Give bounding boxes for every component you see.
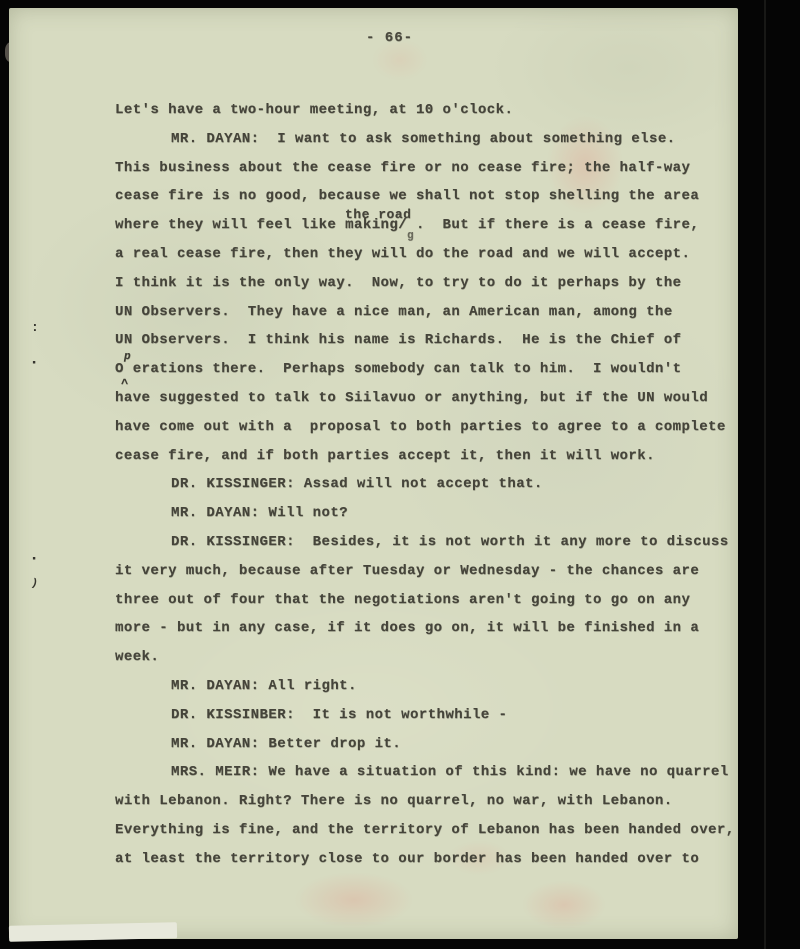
- transcript-line: a real cease fire, then they will do the…: [115, 240, 755, 269]
- page-number: - 66-: [366, 30, 413, 46]
- transcript-line: UN Observers. I think his name is Richar…: [115, 326, 755, 355]
- struck-out-char: g: [407, 230, 414, 242]
- transcript-line: cease fire is no good, because we shall …: [115, 182, 755, 211]
- document-page: - 66- Let's have a two-hour meeting, at …: [9, 8, 738, 939]
- transcript-line: have suggested to talk to Siilavuo or an…: [115, 384, 755, 413]
- transcript-line: more - but in any case, if it does go on…: [115, 614, 755, 643]
- inserted-letter: p: [124, 351, 131, 363]
- transcript-line: week.: [115, 643, 755, 672]
- margin-mark: ·: [29, 354, 39, 373]
- transcript-line: This business about the cease fire or no…: [115, 154, 755, 183]
- transcript-line: with Lebanon. Right? There is no quarrel…: [115, 787, 755, 816]
- scanner-artifact-line: [764, 0, 766, 949]
- transcript-line: DR. KISSINBER: It is not worthwhile -: [115, 701, 755, 730]
- transcript-line: cease fire, and if both parties accept i…: [115, 442, 755, 471]
- margin-mark: ): [30, 577, 39, 590]
- transcript-line: DR. KISSINGER: Assad will not accept tha…: [115, 470, 755, 499]
- caret-mark: ^: [121, 377, 128, 391]
- margin-mark: :: [31, 320, 39, 335]
- transcript-line: MR. DAYAN: Will not?: [115, 499, 755, 528]
- paper-edge-sliver: [9, 922, 177, 942]
- transcript-line: Let's have a two-hour meeting, at 10 o'c…: [115, 96, 755, 125]
- transcript-line: O erations there. Perhaps somebody can t…: [115, 355, 755, 384]
- transcript-line: UN Observers. They have a nice man, an A…: [115, 298, 755, 327]
- transcript-line: it very much, because after Tuesday or W…: [115, 557, 755, 586]
- transcript-line: MR. DAYAN: All right.: [115, 672, 755, 701]
- transcript-line: MR. DAYAN: Better drop it.: [115, 730, 755, 759]
- transcript-line: at least the territory close to our bord…: [115, 845, 755, 874]
- transcript: Let's have a two-hour meeting, at 10 o'c…: [115, 96, 755, 874]
- transcript-line: where they will feel like making/ . But …: [115, 211, 755, 240]
- interline-insertion: the road: [345, 207, 411, 222]
- transcript-line: MRS. MEIR: We have a situation of this k…: [115, 758, 755, 787]
- transcript-line: I think it is the only way. Now, to try …: [115, 269, 755, 298]
- transcript-line: have come out with a proposal to both pa…: [115, 413, 755, 442]
- transcript-line: Everything is fine, and the territory of…: [115, 816, 755, 845]
- transcript-line: MR. DAYAN: I want to ask something about…: [115, 125, 755, 154]
- transcript-line: three out of four that the negotiations …: [115, 586, 755, 615]
- transcript-line: DR. KISSINGER: Besides, it is not worth …: [115, 528, 755, 557]
- margin-mark: ·: [29, 550, 39, 569]
